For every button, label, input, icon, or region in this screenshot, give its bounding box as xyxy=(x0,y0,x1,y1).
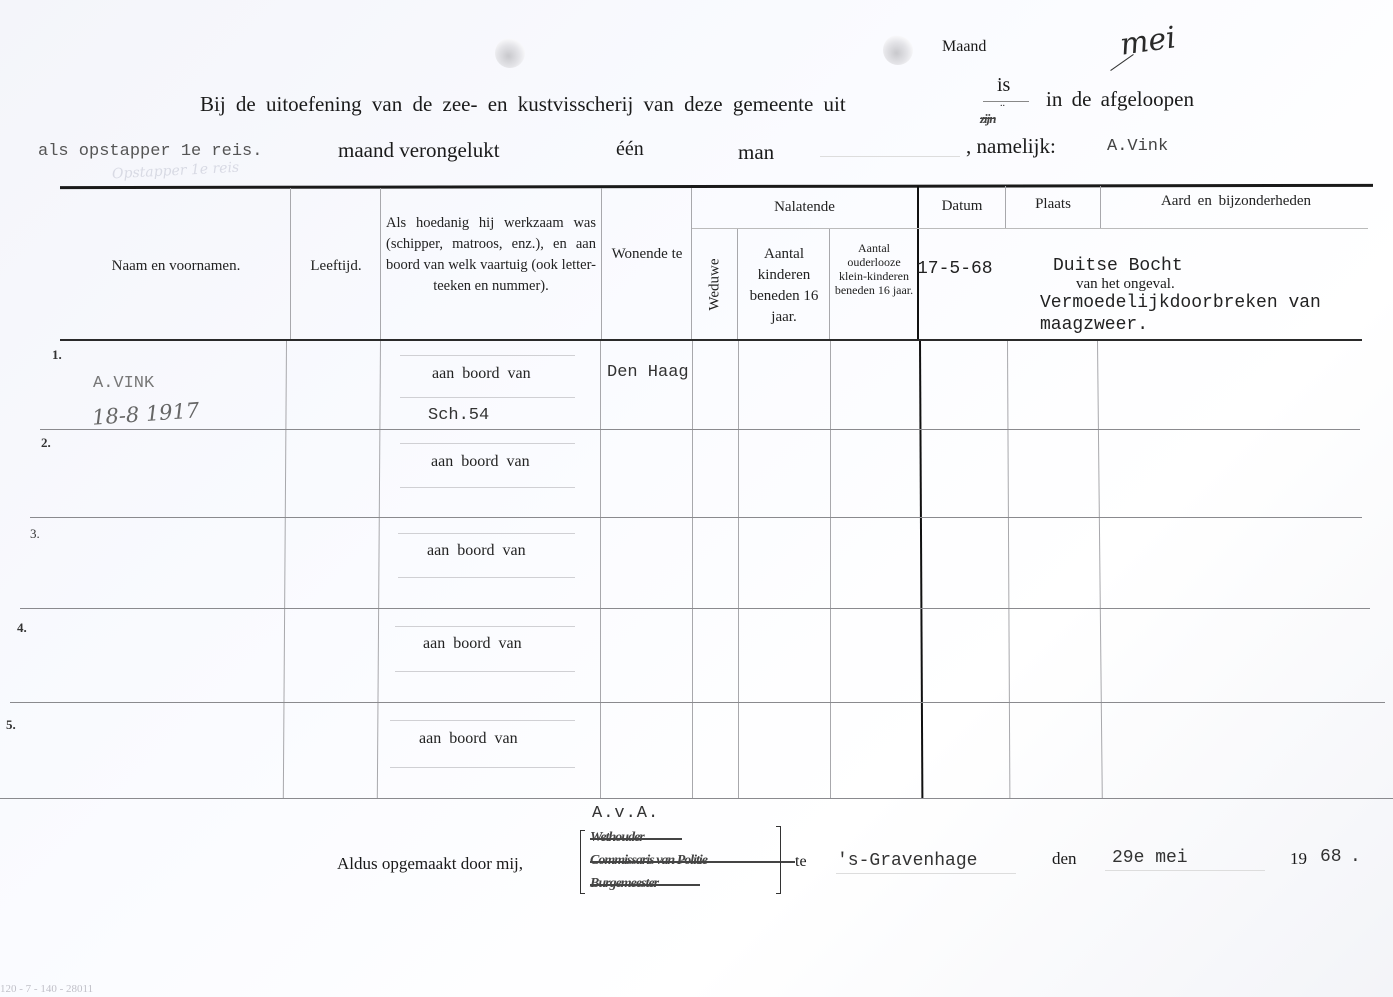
month-handwritten-value: mei xyxy=(1118,20,1178,62)
punch-hole-left xyxy=(495,38,525,68)
row-number: 2. xyxy=(41,435,51,451)
accident-details-line1[interactable]: Vermoedelijkdoorbreken van xyxy=(1040,293,1321,313)
subheader-rule xyxy=(692,228,1368,229)
col-divider xyxy=(283,341,287,799)
col-header-children: Aantal kinderen beneden 16 jaar. xyxy=(741,244,827,328)
col-header-details: Aard en bijzonderheden xyxy=(1101,191,1371,212)
vessel-cell[interactable]: Sch.54 xyxy=(428,406,489,425)
fraction-dots: .. xyxy=(1000,98,1005,109)
table-bottom-rule xyxy=(0,798,1393,799)
left-brace xyxy=(580,830,585,894)
col-divider xyxy=(1097,341,1103,799)
date-typed[interactable]: 29e mei xyxy=(1112,848,1188,868)
year-typed[interactable]: 68 xyxy=(1320,847,1342,867)
strikethrough xyxy=(590,884,700,886)
col-header-date: Datum xyxy=(918,196,1006,217)
aan-boord-label: aan boord van xyxy=(431,453,530,471)
place-typed[interactable]: 's-Gravenhage xyxy=(837,851,977,871)
row-number: 5. xyxy=(6,717,16,733)
year-prefix: 19 xyxy=(1290,849,1307,869)
col-divider xyxy=(738,341,739,799)
line2-unit: man xyxy=(738,140,774,165)
row-rule xyxy=(30,517,1362,518)
typed-prefix: als opstapper 1e reis. xyxy=(38,142,262,161)
row-number: 4. xyxy=(17,620,27,636)
col-divider xyxy=(377,341,381,799)
den-label: den xyxy=(1052,849,1077,869)
accident-place[interactable]: Duitse Bocht xyxy=(1053,256,1183,276)
aan-boord-label: aan boord van xyxy=(419,730,518,748)
col-divider xyxy=(600,341,601,799)
row-number: 3. xyxy=(30,526,40,542)
victim-name-cell[interactable]: A.VINK xyxy=(93,374,154,393)
faint-pencil-note: Opstapper 1e reis xyxy=(112,160,240,183)
namelijk-label: , namelijk: xyxy=(966,134,1056,159)
victim-name-typed: A.Vink xyxy=(1107,137,1168,156)
aan-boord-label: aan boord van xyxy=(427,542,526,560)
fraction-bar xyxy=(983,101,1029,102)
intro-text: Bij de uitoefening van de zee- en kustvi… xyxy=(200,92,846,117)
made-by-label: Aldus opgemaakt door mij, xyxy=(337,854,523,874)
accident-details-line2[interactable]: maagzweer. xyxy=(1040,315,1148,335)
col-header-widow: Weduwe xyxy=(705,250,726,320)
row-rule xyxy=(10,702,1385,703)
aan-boord-label: aan boord van xyxy=(432,365,531,383)
col-header-residence: Wonende te xyxy=(602,244,692,265)
col-divider xyxy=(692,341,693,799)
row-rule xyxy=(20,608,1370,609)
col-header-place: Plaats xyxy=(1006,194,1100,215)
victim-count: één xyxy=(616,138,644,161)
intro-text-end: in de afgeloopen xyxy=(1046,87,1194,112)
row-rule xyxy=(40,429,1360,430)
col-divider xyxy=(1007,341,1010,799)
year-period: . xyxy=(1350,847,1361,867)
accident-date[interactable]: 17-5-68 xyxy=(917,259,993,279)
col-divider-main xyxy=(919,341,923,799)
victim-birthdate-handwritten[interactable]: 18-8 1917 xyxy=(91,398,200,429)
blank-fill-line xyxy=(820,156,960,157)
col-divider xyxy=(737,228,738,340)
table-top-rule xyxy=(60,184,1373,189)
col-divider xyxy=(830,341,831,799)
details-subheader: van het ongeval. xyxy=(1076,276,1175,293)
col-divider xyxy=(829,228,830,340)
punch-hole-right xyxy=(883,35,913,65)
residence-cell[interactable]: Den Haag xyxy=(607,363,689,382)
signer-typed[interactable]: A.v.A. xyxy=(592,804,659,823)
te-label: te xyxy=(795,853,807,871)
month-label: Maand xyxy=(942,38,986,56)
print-code: 120 - 7 - 140 - 28011 xyxy=(0,983,93,995)
row-number: 1. xyxy=(52,347,62,363)
col-header-role: Als hoedanig hij werkzaam was (schipper,… xyxy=(386,213,596,297)
header-bottom-rule xyxy=(60,339,1362,341)
col-header-grandchildren: Aantal ouderlooze klein-kinderen beneden… xyxy=(832,241,916,297)
line2-text: maand verongelukt xyxy=(338,138,500,163)
col-header-surviving: Nalatende xyxy=(692,197,917,218)
col-header-age: Leeftijd. xyxy=(291,256,381,277)
fraction-is: is xyxy=(997,74,1010,97)
strikethrough xyxy=(590,861,795,863)
fraction-zijn-struck: zijn xyxy=(980,111,996,127)
aan-boord-label: aan boord van xyxy=(423,635,522,653)
strikethrough xyxy=(590,838,682,840)
right-brace xyxy=(776,826,781,894)
col-header-name: Naam en voornamen. xyxy=(62,256,290,277)
